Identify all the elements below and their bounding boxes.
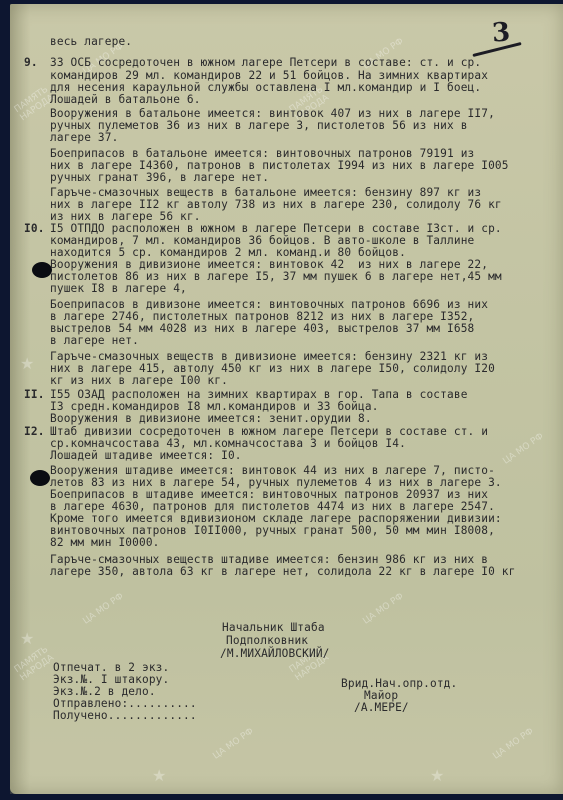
watermark-star-icon: ★ [20, 354, 34, 373]
punch-hole-lower [30, 470, 50, 486]
archival-document-page: 3 ЦА МО РФ ЦА МО РФ ПАМЯТЬ НАРОДА ПАМЯТЬ… [10, 4, 563, 794]
section-number: 9. [24, 56, 38, 68]
text-line: Лошадей в батальоне 6. [50, 93, 201, 105]
text-line: лагере 37. [50, 131, 118, 143]
text-line: пушек I8 в лагере 4, [50, 282, 187, 294]
intro-line: весь лагере. [50, 35, 132, 47]
watermark-archive: ЦА МО РФ [501, 431, 545, 466]
text-line: 82 мм мин I0000. [50, 536, 160, 548]
watermark-star-icon: ★ [20, 629, 34, 648]
section-number: II. [24, 388, 45, 400]
second-signature-title: Врид.Нач.опр.отд. [341, 677, 457, 689]
watermark-project: ПАМЯТЬ НАРОДА [13, 645, 56, 684]
text-line: Лошадей штадиве имеется: I0. [50, 449, 242, 461]
watermark-archive: ЦА МО РФ [211, 726, 255, 761]
section-number: I2. [24, 425, 45, 437]
section-number: I0. [24, 222, 45, 234]
watermark-star-icon: ★ [430, 766, 444, 785]
text-line: 33 ОСБ сосредоточен в южном лагере Петсе… [50, 56, 481, 68]
signature-title: Начальник Штаба [222, 621, 325, 633]
signature-rank: Подполковник [226, 634, 308, 646]
text-line: лагере 350, автола 63 кг в лагере нет, с… [50, 565, 515, 577]
watermark-archive: ЦА МО РФ [81, 591, 125, 626]
text-line: в лагере нет. [50, 334, 139, 346]
watermark-archive: ЦА МО РФ [361, 591, 405, 626]
punch-hole-upper [32, 262, 52, 278]
signature-name: /М.МИХАЙЛОВСКИЙ/ [220, 647, 330, 659]
distribution-received: Получено............. [53, 709, 197, 721]
watermark-archive: ЦА МО РФ [491, 726, 535, 761]
text-line: ручных гранат 396, в лагере нет. [50, 171, 269, 183]
second-signature-name: /А.МЕРЕ/ [354, 701, 409, 713]
text-line: Вооружения в дивизионе имеется: зенит.ор… [50, 412, 372, 424]
watermark-star-icon: ★ [152, 766, 166, 785]
page-number: 3 [491, 17, 511, 48]
text-line: кг из них в лагере I00 кг. [50, 374, 228, 386]
